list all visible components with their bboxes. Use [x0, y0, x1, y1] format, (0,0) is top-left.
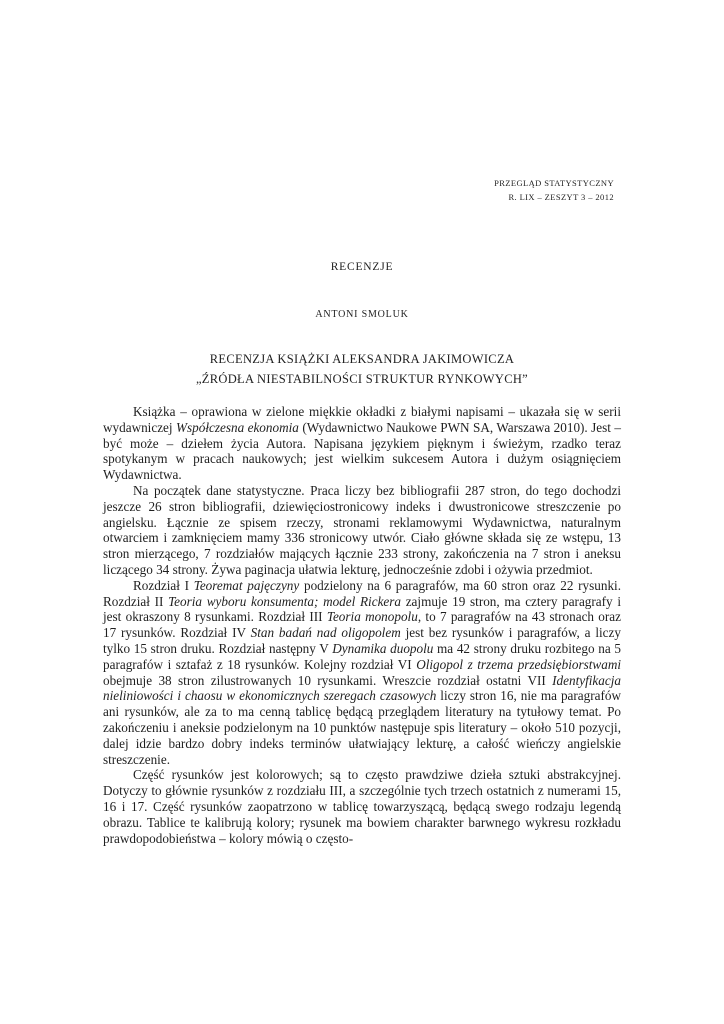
body-paragraph: Część rysunków jest kolorowych; są to cz… [103, 767, 621, 846]
italic-text: Oligopol z trzema przedsiębiorstwami [416, 657, 621, 672]
article-body: Książka – oprawiona w zielone miękkie ok… [103, 404, 621, 846]
journal-name: PRZEGLĄD STATYSTYCZNY [494, 177, 614, 191]
body-paragraph: Na początek dane statystyczne. Praca lic… [103, 483, 621, 578]
author-name: ANTONI SMOLUK [0, 309, 724, 320]
text-run: Rozdział I [133, 578, 194, 593]
article-title-line2: „ŹRÓDŁA NIESTABILNOŚCI STRUKTUR RYNKOWYC… [0, 370, 724, 390]
text-run: Część rysunków jest kolorowych; są to cz… [103, 767, 621, 845]
italic-text: Teoremat pajęczyny [194, 578, 300, 593]
italic-text: Teoria wyboru konsumenta; model Rickera [168, 594, 401, 609]
text-run: obejmuje 38 stron zilustrowanych 10 rysu… [103, 673, 552, 688]
body-paragraph: Książka – oprawiona w zielone miękkie ok… [103, 404, 621, 483]
italic-text: Dynamika duopolu [332, 641, 433, 656]
journal-header: PRZEGLĄD STATYSTYCZNY R. LIX – ZESZYT 3 … [494, 177, 614, 204]
text-run: Na początek dane statystyczne. Praca lic… [103, 483, 621, 577]
italic-text: Współczesna ekonomia [176, 420, 299, 435]
article-title: RECENZJA KSIĄŻKI ALEKSANDRA JAKIMOWICZA … [0, 350, 724, 389]
article-title-line1: RECENZJA KSIĄŻKI ALEKSANDRA JAKIMOWICZA [0, 350, 724, 370]
section-heading: RECENZJE [0, 261, 724, 273]
italic-text: Teoria monopolu [327, 609, 418, 624]
body-paragraph: Rozdział I Teoremat pajęczyny podzielony… [103, 578, 621, 768]
journal-page: PRZEGLĄD STATYSTYCZNY R. LIX – ZESZYT 3 … [0, 0, 724, 1024]
italic-text: Stan badań nad oligopolem [251, 625, 401, 640]
journal-issue: R. LIX – ZESZYT 3 – 2012 [494, 191, 614, 205]
